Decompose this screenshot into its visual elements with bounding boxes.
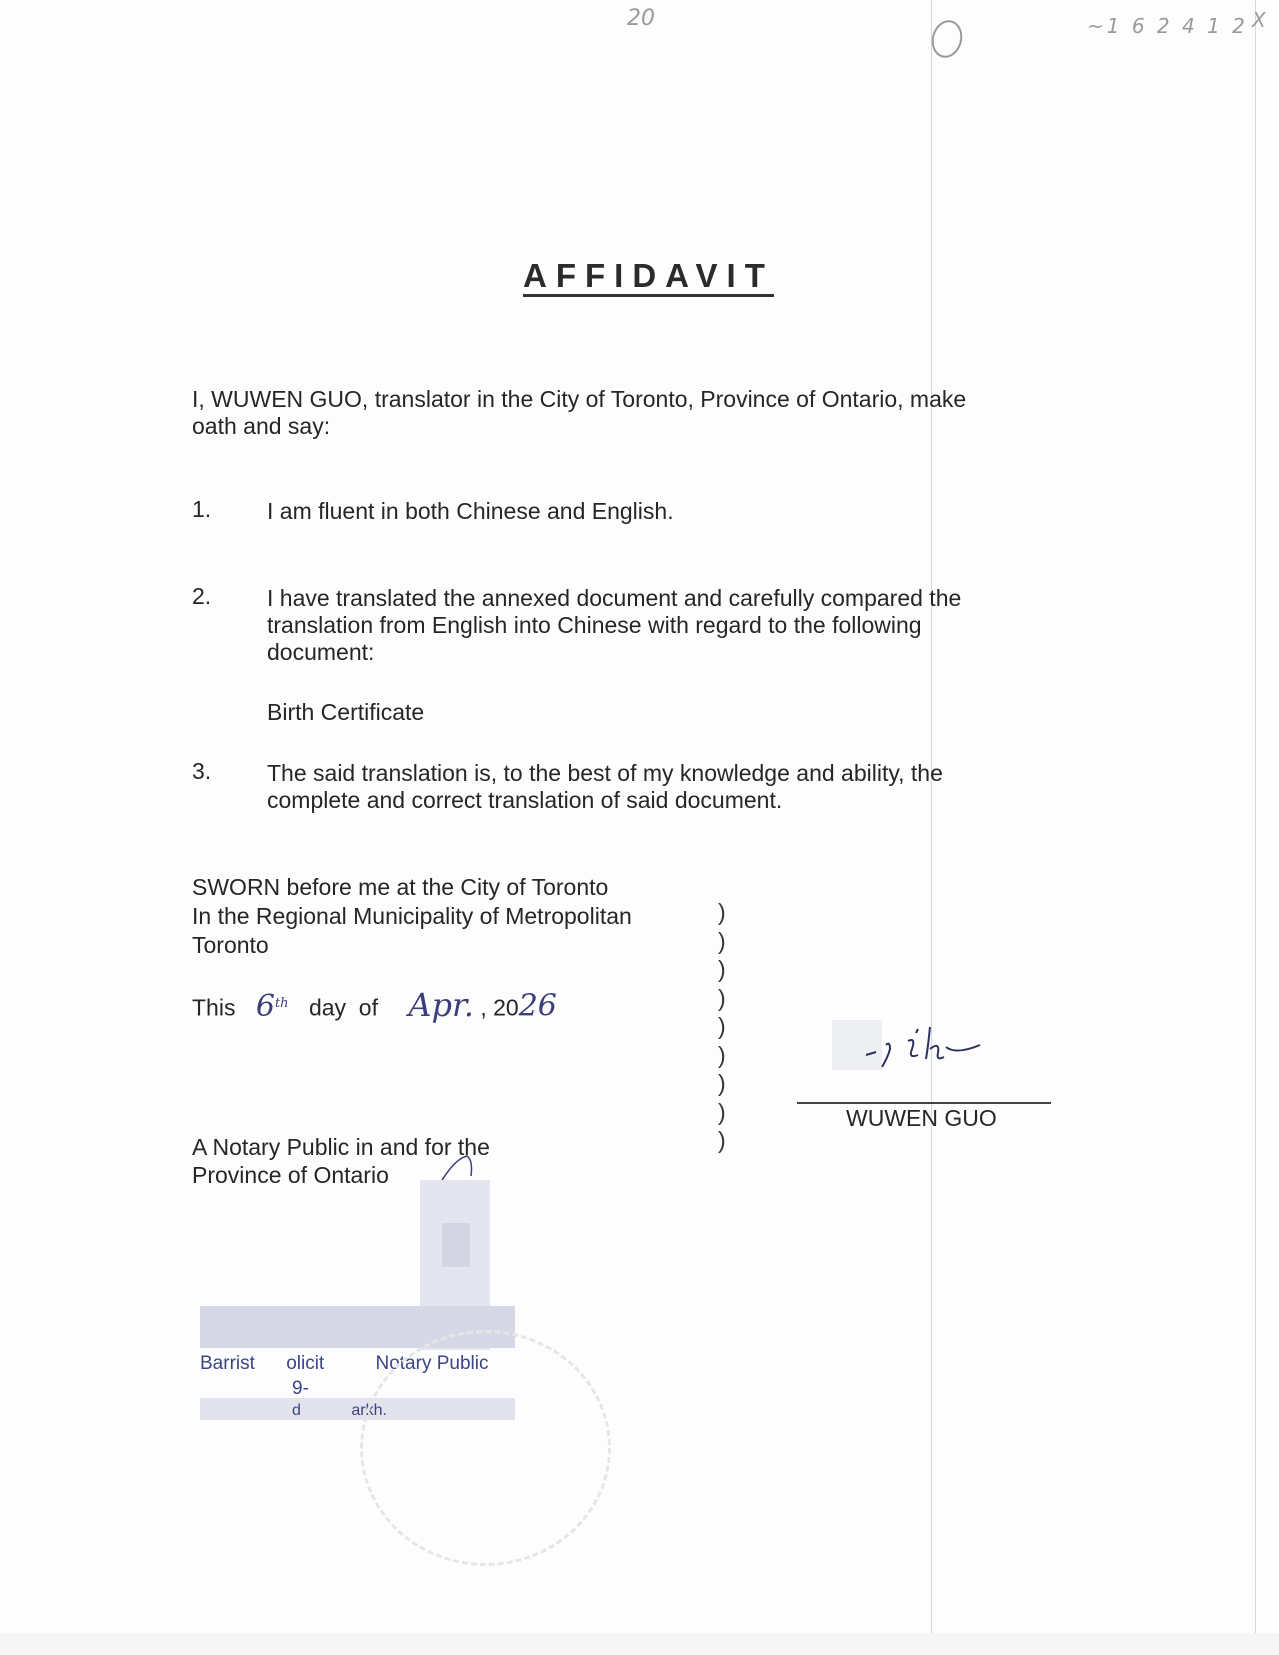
item-3-line-1: The said translation is, to the best of … <box>267 760 943 787</box>
jurat-line-1: SWORN before me at the City of Toronto <box>192 873 632 902</box>
parentheses-column: ) ) ) ) ) ) ) ) ) <box>718 898 726 1155</box>
day-of-label: day of <box>309 995 378 1021</box>
stamp-text-fragment: d <box>292 1402 301 1419</box>
document-title: AFFIDAVIT <box>523 258 774 297</box>
handwritten-year: 26 <box>519 989 557 1024</box>
item-1-line-1: I am fluent in both Chinese and English. <box>267 498 674 525</box>
item-2-line-1: I have translated the annexed document a… <box>267 585 961 612</box>
item-text-2: I have translated the annexed document a… <box>267 585 961 666</box>
deponent-name: WUWEN GUO <box>846 1105 997 1132</box>
this-label: This <box>192 995 235 1021</box>
jurat-line-3: Toronto <box>192 931 632 960</box>
stamp-line-2: 9- <box>292 1378 309 1400</box>
intro-line-2: oath and say: <box>192 413 966 440</box>
item-2-line-2: translation from English into Chinese wi… <box>267 612 961 639</box>
jurat-date-line: This 6th day of Apr. , 2026 <box>192 990 557 1022</box>
item-number-2: 2. <box>192 583 211 610</box>
circled-mark-annotation <box>928 17 967 61</box>
item-2-line-3: document: <box>267 639 961 666</box>
paren: ) <box>718 1098 726 1127</box>
paren: ) <box>718 1069 726 1098</box>
paren: ) <box>718 955 726 984</box>
page-edge-line <box>1255 0 1256 1633</box>
paren: ) <box>718 1012 726 1041</box>
scan-bottom-band <box>0 1633 1279 1655</box>
top-number-annotation: 20 <box>627 6 655 31</box>
jurat-block: SWORN before me at the City of Toronto I… <box>192 873 632 960</box>
item-3-line-2: complete and correct translation of said… <box>267 787 943 814</box>
paren: ) <box>718 898 726 927</box>
intro-paragraph: I, WUWEN GUO, translator in the City of … <box>192 386 966 440</box>
item-text-3: The said translation is, to the best of … <box>267 760 943 814</box>
intro-line-1: I, WUWEN GUO, translator in the City of … <box>192 386 966 413</box>
paren: ) <box>718 927 726 956</box>
item-number-3: 3. <box>192 758 211 785</box>
paren: ) <box>718 984 726 1013</box>
fold-line <box>931 0 932 1633</box>
top-right-annotation: ~1 6 2 4 1 2 <box>1087 14 1248 38</box>
signature-line <box>797 1102 1051 1104</box>
item-text-1: I am fluent in both Chinese and English. <box>267 498 674 525</box>
stamp-text-fragment: Barrist <box>200 1353 255 1374</box>
handwritten-day: 6 <box>256 989 275 1024</box>
year-prefix: , 20 <box>480 995 518 1021</box>
deponent-signature <box>860 1015 1000 1075</box>
paren: ) <box>718 1126 726 1155</box>
stamp-text-fragment: olicit <box>286 1353 324 1374</box>
stamp-redaction-block-a <box>442 1223 470 1267</box>
jurat-line-2: In the Regional Municipality of Metropol… <box>192 902 632 931</box>
corner-mark-annotation: X <box>1252 8 1266 32</box>
handwritten-day-suffix: th <box>275 996 289 1011</box>
item-number-1: 1. <box>192 496 211 523</box>
document-name: Birth Certificate <box>267 699 424 726</box>
paren: ) <box>718 1041 726 1070</box>
embossed-seal <box>360 1330 611 1566</box>
handwritten-month: Apr. <box>408 986 474 1024</box>
